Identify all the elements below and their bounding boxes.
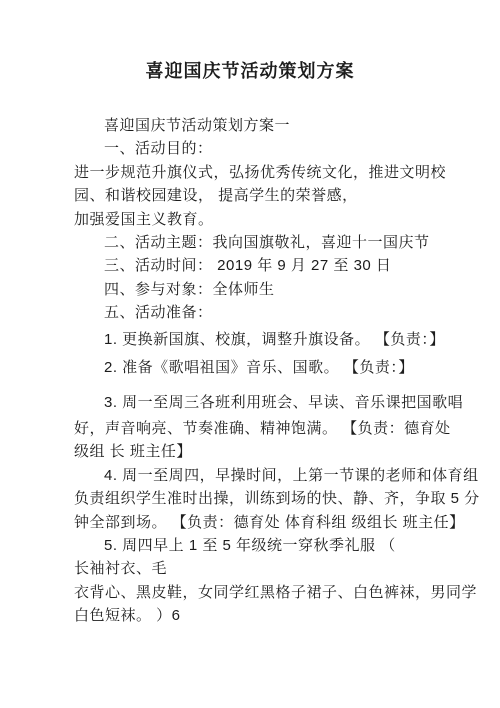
document-line: 钟全部到场。 【负责：德育处 体育科组 级组长 班主任】: [74, 511, 430, 534]
section-heading-time: 三、活动时间： 2019 年 9 月 27 至 30 日: [74, 254, 430, 277]
document-line: 好，声音响亮、节奏准确、精神饱满。 【负责：德育处: [74, 417, 430, 440]
document-line: 园、和谐校园建设， 提高学生的荣誉感，: [74, 184, 430, 207]
document-title: 喜迎国庆节活动策划方案: [0, 58, 500, 84]
section-heading-participants: 四、参与对象：全体师生: [74, 278, 430, 301]
document-line: 进一步规范升旗仪式，弘扬优秀传统文化，推进文明校: [74, 161, 430, 184]
section-heading-purpose: 一、活动目的：: [74, 137, 430, 160]
document-line: 长袖衬衣、毛: [74, 557, 430, 580]
document-page: 喜迎国庆节活动策划方案 喜迎国庆节活动策划方案一 一、活动目的： 进一步规范升旗…: [0, 0, 500, 708]
document-body: 喜迎国庆节活动策划方案一 一、活动目的： 进一步规范升旗仪式，弘扬优秀传统文化，…: [0, 114, 500, 628]
document-line: 负责组织学生准时出操，训练到场的快、静、齐，争取 5 分: [74, 487, 430, 510]
list-item-1: 1. 更换新国旗、校旗，调整升旗设备。 【负责：】: [74, 328, 430, 351]
section-heading-preparation: 五、活动准备：: [74, 301, 430, 324]
list-item-4: 4. 周一至周四，早操时间，上第一节课的老师和体育组: [74, 464, 430, 487]
document-line: 衣背心、黑皮鞋，女同学红黑格子裙子、白色裤袜，男同学: [74, 581, 430, 604]
document-line: 级组 长 班主任】: [74, 440, 430, 463]
document-subtitle-line: 喜迎国庆节活动策划方案一: [74, 114, 430, 137]
list-item-3: 3. 周一至周三各班利用班会、早读、音乐课把国歌唱: [74, 391, 430, 414]
document-line: 白色短袜。 ）6: [74, 604, 430, 627]
list-item-5: 5. 周四早上 1 至 5 年级统一穿秋季礼服 （: [74, 534, 430, 557]
section-heading-theme: 二、活动主题：我向国旗敬礼，喜迎十一国庆节: [74, 231, 430, 254]
list-item-2: 2. 准备《歌唱祖国》音乐、国歌。 【负责：】: [74, 356, 430, 379]
document-line: 加强爱国主义教育。: [74, 208, 430, 231]
